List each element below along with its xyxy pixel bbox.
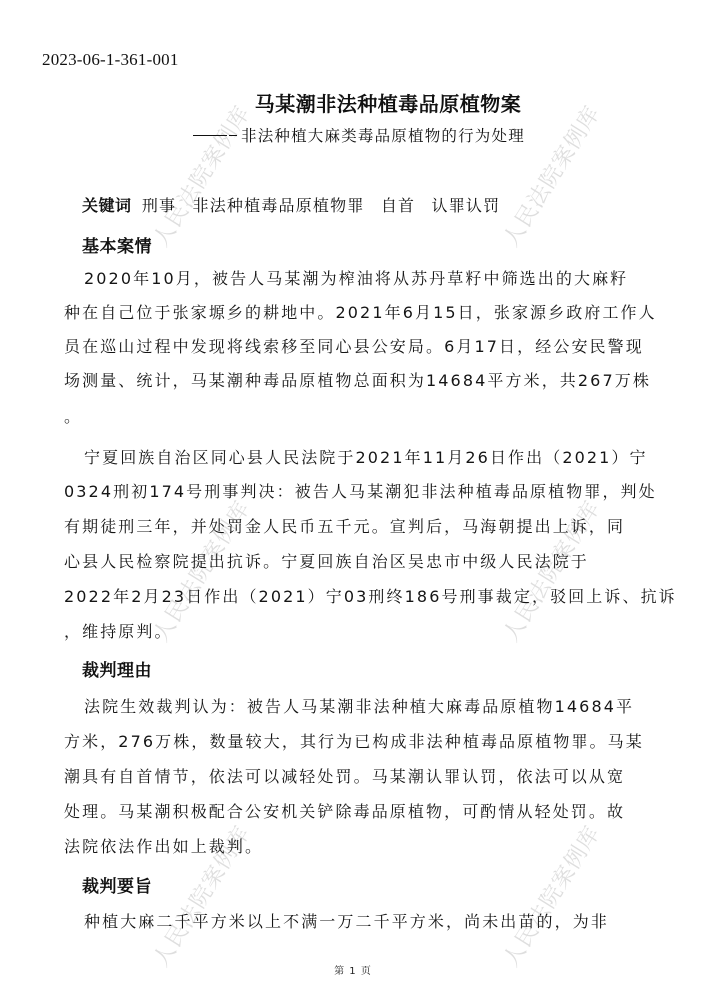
paragraph-line: 方米，276万株，数量较大，其行为已构成非法种植毒品原植物罪。马某 (64, 729, 644, 752)
paragraph-line: 。 (64, 404, 82, 427)
page-subtitle: 非法种植大麻类毒品原植物的行为处理 (193, 124, 525, 146)
paragraph-line: 有期徒刑三年，并处罚金人民币五千元。宣判后，马海朝提出上诉，同 (64, 514, 625, 537)
paragraph-line: 处理。马某潮积极配合公安机关铲除毒品原植物，可酌情从轻处罚。故 (64, 799, 625, 822)
page-number: 第 1 页 (0, 962, 706, 977)
subtitle-text: 非法种植大麻类毒品原植物的行为处理 (241, 127, 525, 145)
section-heading-judgment-reasons: 裁判理由 (82, 656, 152, 681)
paragraph-line: 种在自己位于张家塬乡的耕地中。2021年6月15日，张家源乡政府工作人 (64, 300, 657, 323)
watermark: 人民法院案例库 (495, 819, 607, 972)
page-title: 马某潮非法种植毒品原植物案 (0, 88, 706, 117)
paragraph-line: 法院依法作出如上裁判。 (64, 834, 263, 857)
case-number: 2023-06-1-361-001 (42, 50, 179, 70)
keyword: 非法种植毒品原植物罪 (193, 196, 365, 215)
watermark: 人民法院案例库 (145, 99, 257, 252)
section-heading-basic-facts: 基本案情 (82, 232, 152, 257)
paragraph-line: 场测量、统计，马某潮种毒品原植物总面积为14684平方米，共267万株 (64, 368, 651, 391)
document-page: 人民法院案例库 人民法院案例库 人民法院案例库 人民法院案例库 人民法院案例库 … (0, 0, 706, 999)
paragraph-line: 2020年10月，被告人马某潮为榨油将从苏丹草籽中筛选出的大麻籽 (84, 266, 628, 289)
keyword: 刑事 (142, 196, 176, 215)
paragraph-line: 心县人民检察院提出抗诉。宁夏回族自治区吴忠市中级人民法院于 (64, 549, 589, 572)
watermark: 人民法院案例库 (495, 99, 607, 252)
keyword: 自首 (381, 196, 415, 215)
paragraph-line: 法院生效裁判认为：被告人马某潮非法种植大麻毒品原植物14684平 (84, 694, 634, 717)
paragraph-line: 0324刑初174号刑事判决：被告人马某潮犯非法种植毒品原植物罪，判处 (64, 479, 657, 502)
paragraph-line: 员在巡山过程中发现将线索移至同心县公安局。6月17日，经公安民警现 (64, 334, 644, 357)
keyword: 认罪认罚 (432, 196, 501, 215)
paragraph-line: ，维持原判。 (64, 619, 173, 642)
paragraph-line: 潮具有自首情节，依法可以减轻处罚。马某潮认罪认罚，依法可以从宽 (64, 764, 625, 787)
section-heading-judgment-gist: 裁判要旨 (82, 872, 152, 897)
paragraph-line: 种植大麻二千平方米以上不满一万二千平方米，尚未出苗的，为非 (84, 909, 609, 932)
paragraph-line: 2022年2月23日作出（2021）宁03刑终186号刑事裁定，驳回上诉、抗诉 (64, 584, 677, 607)
em-dash-rule (193, 135, 227, 136)
paragraph-line: 宁夏回族自治区同心县人民法院于2021年11月26日作出（2021）宁 (84, 445, 648, 468)
keywords-label: 关键词 (82, 196, 132, 215)
keywords-row: 关键词 刑事 非法种植毒品原植物罪 自首 认罪认罚 (82, 193, 510, 216)
em-dash-rule (229, 135, 237, 136)
